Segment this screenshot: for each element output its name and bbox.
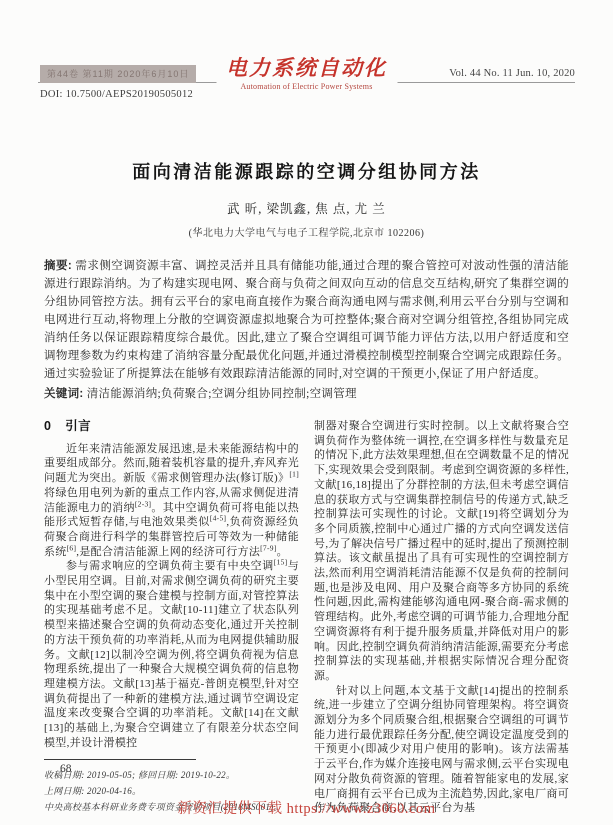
footnote-divider [44, 759, 196, 760]
keywords-text: 清洁能源消纳;负荷聚合;空调分组协同控制;空调管理 [87, 388, 357, 400]
received-date: 收稿日期: 2019-05-05; 修回日期: 2019-10-22。 [44, 767, 299, 783]
paper-title: 面向清洁能源跟踪的空调分组协同方法 [0, 158, 613, 184]
title-block: 面向清洁能源跟踪的空调分组协同方法 武 昕, 梁凯鑫, 焦 点, 尤 兰 (华北… [0, 158, 613, 239]
paragraph: 制器对聚合空调进行实时控制。以上文献将聚合空调负荷作为整体统一调控,在空调多样性… [314, 419, 569, 684]
section-number: 0 [44, 419, 51, 433]
keywords-label: 关键词: [44, 388, 84, 400]
right-column: 制器对聚合空调进行实时控制。以上文献将聚合空调负荷作为整体统一调控,在空调多样性… [314, 419, 569, 816]
body-columns: 0引言 近年来清洁能源发展迅速,是未来能源结构中的重要组成部分。然而,随着装机容… [44, 419, 569, 816]
journal-logo-block: 电力系统自动化 Automation of Electric Power Sys… [216, 56, 397, 91]
paragraph: 近年来清洁能源发展迅速,是未来能源结构中的重要组成部分。然而,随着装机容量的提升… [44, 442, 299, 560]
journal-header: 第44卷 第11期 2020年6月10日 DOI: 10.7500/AEPS20… [38, 62, 575, 114]
section-title: 引言 [65, 419, 91, 433]
paper-page: 第44卷 第11期 2020年6月10日 DOI: 10.7500/AEPS20… [0, 0, 613, 825]
authors: 武 昕, 梁凯鑫, 焦 点, 尤 兰 [0, 199, 613, 217]
paragraph: 参与需求响应的空调负荷主要有中央空调[15]与小型民用空调。目前,对需求侧空调负… [44, 559, 299, 750]
watermark-link[interactable]: 新资汇提供下载 https://www.z3060.com [177, 801, 435, 817]
section-heading-intro: 0引言 [44, 419, 299, 434]
abstract: 摘要: 需求侧空调资源丰富、调控灵活并且具有储能功能,通过合理的聚合管控可对波动… [44, 257, 569, 383]
page-number: 68 [60, 763, 72, 775]
left-column: 0引言 近年来清洁能源发展迅速,是未来能源结构中的重要组成部分。然而,随着装机容… [44, 419, 299, 816]
doi: DOI: 10.7500/AEPS20190505012 [40, 89, 193, 100]
volume-issue-date: 第44卷 第11期 2020年6月10日 [40, 65, 196, 83]
abstract-text: 需求侧空调资源丰富、调控灵活并且具有储能功能,通过合理的聚合管控可对波动性强的清… [44, 260, 569, 380]
affiliation: (华北电力大学电气与电子工程学院,北京市 102206) [0, 224, 613, 239]
journal-logo: 电力系统自动化 [226, 56, 387, 80]
download-watermark: 新资汇提供下载 https://www.z3060.com [0, 797, 613, 818]
abstract-label: 摘要: [44, 260, 72, 272]
keywords: 关键词: 清洁能源消纳;负荷聚合;空调分组协同控制;空调管理 [44, 385, 569, 403]
journal-subtitle: Automation of Electric Power Systems [226, 82, 387, 91]
volume-info-en: Vol. 44 No. 11 Jun. 10, 2020 [449, 68, 575, 79]
